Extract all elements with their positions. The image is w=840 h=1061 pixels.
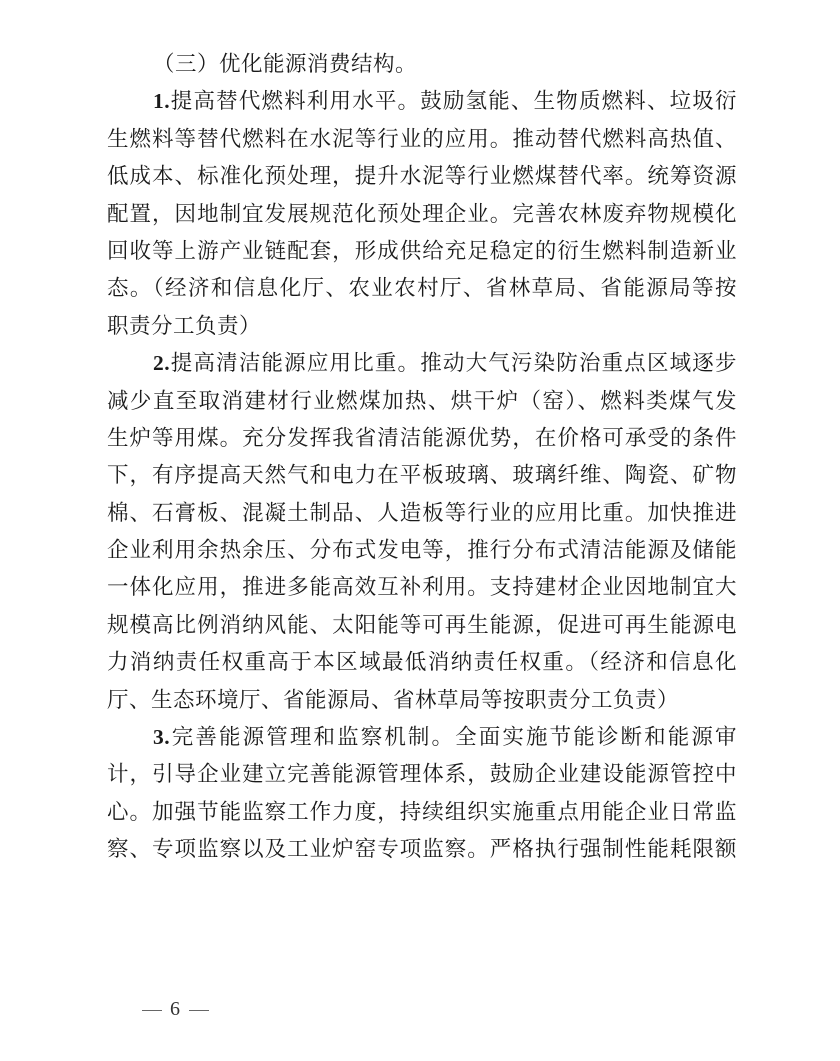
paragraph-3-line-1: 3.完善能源管理和监察机制。全面实施节能诊断和能源审 xyxy=(107,719,737,756)
paragraph-line: 回收等上游产业链配套，形成供给充足稳定的衍生燃料制造新业 xyxy=(107,233,737,270)
paragraph-2-line-1: 2.提高清洁能源应用比重。推动大气污染防治重点区域逐步 xyxy=(107,345,737,382)
page-footer: 6 xyxy=(134,998,217,1021)
footer-dash-right xyxy=(189,1010,209,1012)
paragraph-line: 规模高比例消纳风能、太阳能等可再生能源，促进可再生能源电 xyxy=(107,607,737,644)
paragraph-line: 下，有序提高天然气和电力在平板玻璃、玻璃纤维、陶瓷、矿物 xyxy=(107,457,737,494)
document-body: （三）优化能源消费结构。 1.提高替代燃料利用水平。鼓励氢能、生物质燃料、垃圾衍… xyxy=(107,46,737,869)
paragraph-line: 配置，因地制宜发展规范化预处理企业。完善农林废弃物规模化 xyxy=(107,196,737,233)
footer-dash-left xyxy=(142,1010,162,1012)
paragraph-line: 察、专项监察以及工业炉窑专项监察。严格执行强制性能耗限额 xyxy=(107,831,737,868)
paragraph-line: 低成本、标准化预处理，提升水泥等行业燃煤替代率。统筹资源 xyxy=(107,158,737,195)
paragraph-line: 企业利用余热余压、分布式发电等，推行分布式清洁能源及储能 xyxy=(107,532,737,569)
paragraph-number: 3. xyxy=(153,725,170,749)
section-heading: （三）优化能源消费结构。 xyxy=(107,46,737,83)
paragraph-1-line-1: 1.提高替代燃料利用水平。鼓励氢能、生物质燃料、垃圾衍 xyxy=(107,83,737,120)
paragraph-line: 态。（经济和信息化厅、农业农村厅、省林草局、省能源局等按 xyxy=(107,270,737,307)
paragraph-line: 生燃料等替代燃料在水泥等行业的应用。推动替代燃料高热值、 xyxy=(107,121,737,158)
paragraph-line: 力消纳责任权重高于本区域最低消纳责任权重。（经济和信息化 xyxy=(107,644,737,681)
document-page: （三）优化能源消费结构。 1.提高替代燃料利用水平。鼓励氢能、生物质燃料、垃圾衍… xyxy=(0,0,840,1061)
paragraph-line: 棉、石膏板、混凝土制品、人造板等行业的应用比重。加快推进 xyxy=(107,495,737,532)
paragraph-line: 职责分工负责） xyxy=(107,308,737,345)
paragraph-line: 一体化应用，推进多能高效互补利用。支持建材企业因地制宜大 xyxy=(107,569,737,606)
paragraph-number: 2. xyxy=(153,351,170,375)
paragraph-number: 1. xyxy=(153,89,170,113)
page-number: 6 xyxy=(170,998,181,1020)
paragraph-line: 减少直至取消建材行业燃煤加热、烘干炉（窑）、燃料类煤气发 xyxy=(107,383,737,420)
paragraph-line: 计，引导企业建立完善能源管理体系，鼓励企业建设能源管控中 xyxy=(107,756,737,793)
paragraph-line: 心。加强节能监察工作力度，持续组织实施重点用能企业日常监 xyxy=(107,794,737,831)
paragraph-line: 厅、生态环境厅、省能源局、省林草局等按职责分工负责） xyxy=(107,682,737,719)
paragraph-line: 生炉等用煤。充分发挥我省清洁能源优势，在价格可承受的条件 xyxy=(107,420,737,457)
